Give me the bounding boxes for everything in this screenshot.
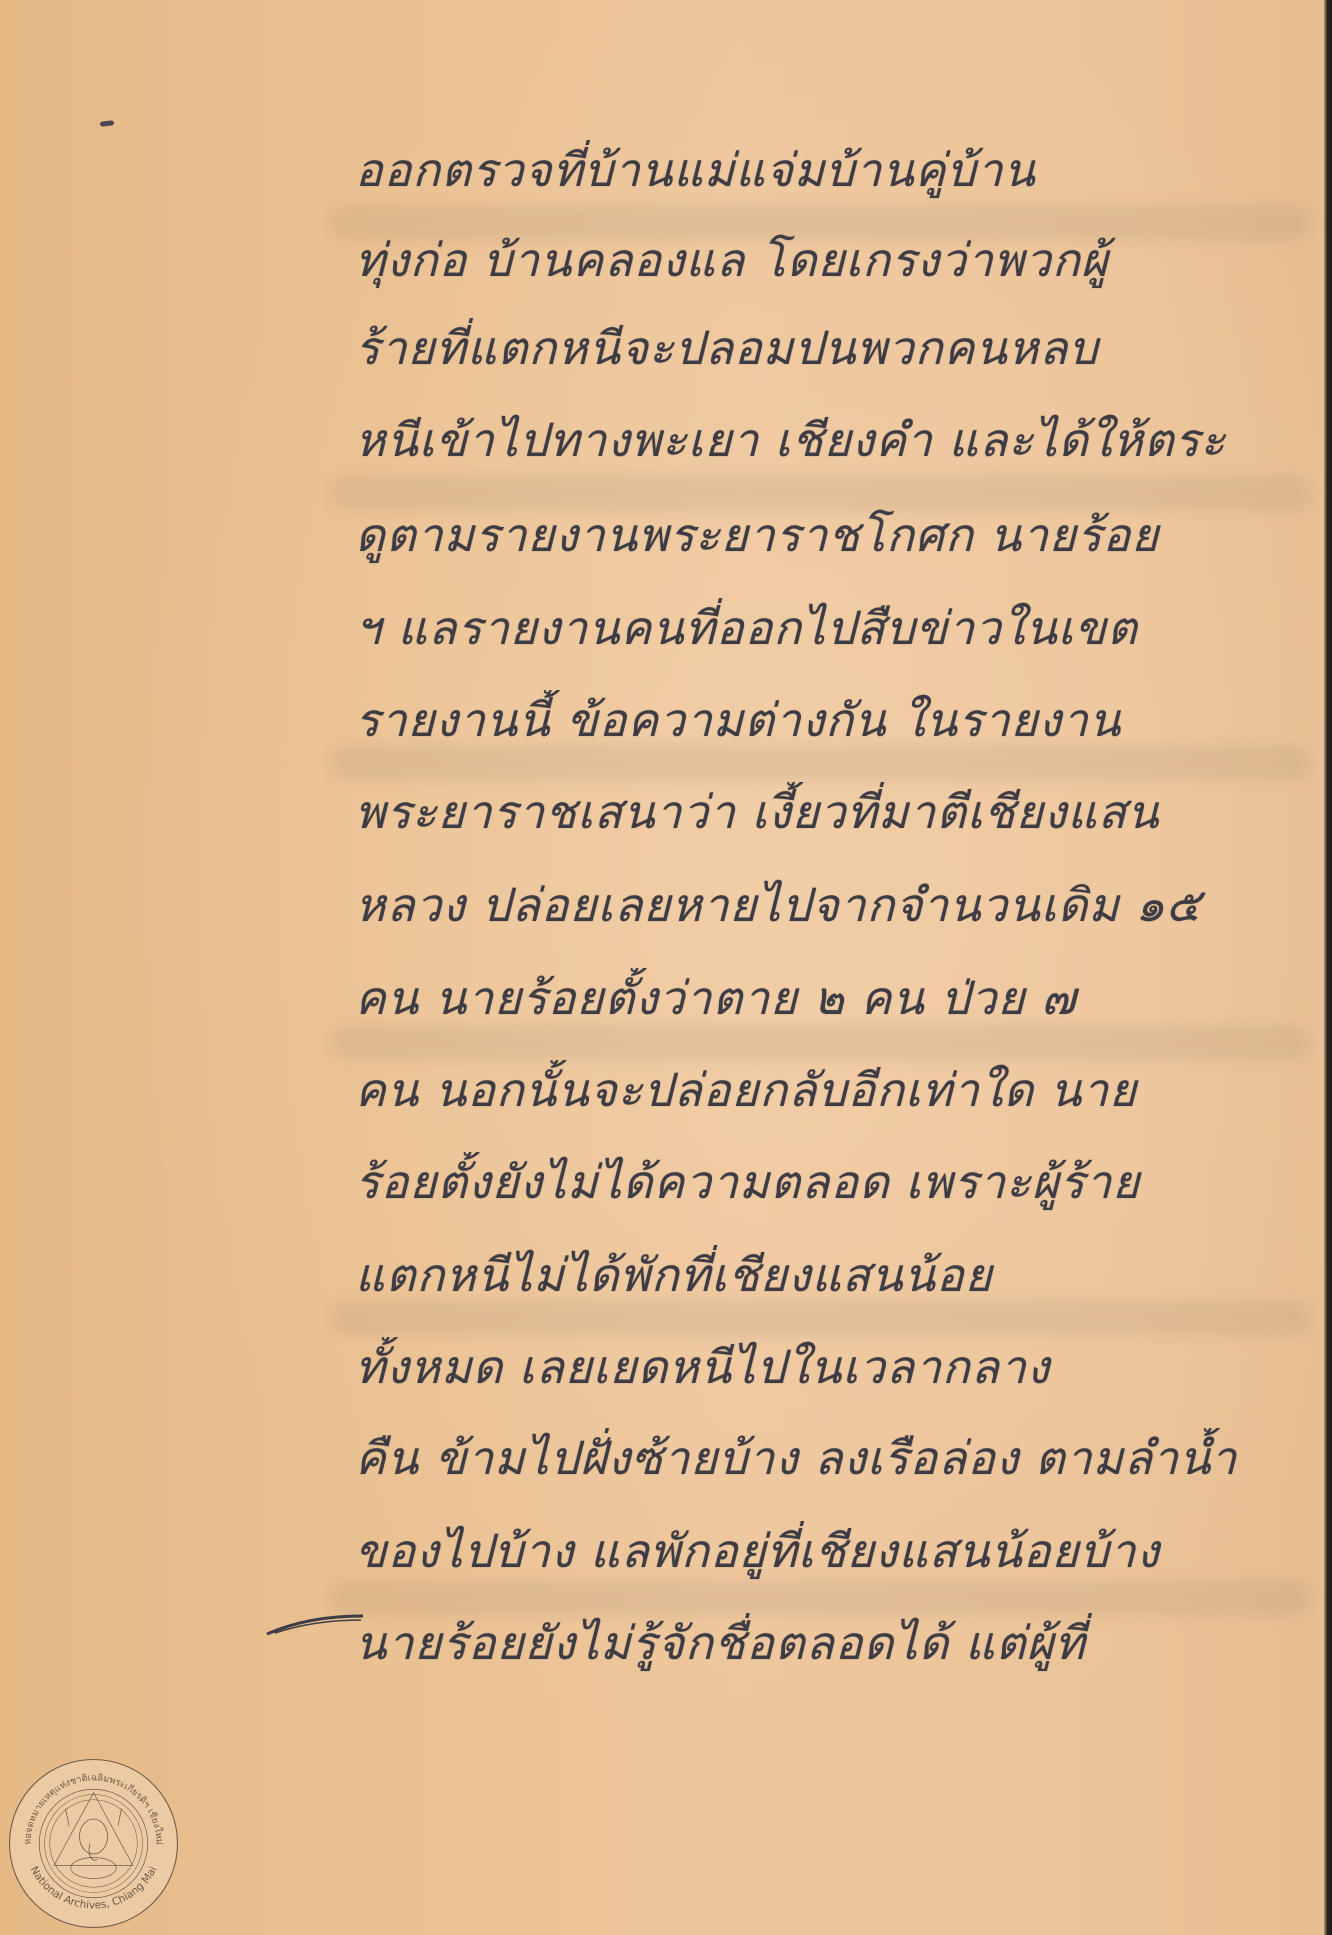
pen-flourish-icon: [265, 1612, 365, 1636]
handwritten-line: คน นายร้อยตั้งว่าตาย ๒ คน ป่วย ๗: [355, 968, 1315, 1028]
ganesha-icon: หอจดหมายเหตุแห่งชาติเฉลิมพระเกียรติฯ เชี…: [6, 1756, 181, 1931]
handwritten-line: ดูตามรายงานพระยาราชโกศก นายร้อย: [355, 505, 1315, 565]
handwritten-line: แตกหนีไม่ได้พักที่เชียงแสนน้อย: [355, 1245, 1315, 1305]
margin-dash-mark: [100, 120, 114, 126]
bleed-through: [330, 745, 1310, 781]
handwritten-line: คน นอกนั้นจะปล่อยกลับอีกเท่าใด นาย: [355, 1060, 1315, 1120]
handwritten-line: ของไปบ้าง แลพักอยู่ที่เชียงแสนน้อยบ้าง: [355, 1521, 1315, 1581]
handwritten-line: ทุ่งก่อ บ้านคลองแล โดยเกรงว่าพวกผู้: [355, 230, 1315, 290]
handwritten-line: หลวง ปล่อยเลยหายไปจากจำนวนเดิม ๑๕: [355, 875, 1315, 935]
handwritten-line: หนีเข้าไปทางพะเยา เชียงคำ และได้ให้ตระ: [355, 410, 1315, 470]
archive-stamp: หอจดหมายเหตุแห่งชาติเฉลิมพระเกียรติฯ เชี…: [6, 1756, 181, 1931]
handwritten-line: รายงานนี้ ข้อความต่างกัน ในรายงาน: [355, 690, 1315, 750]
bleed-through: [330, 1300, 1310, 1336]
bleed-through: [330, 1580, 1310, 1616]
handwritten-line: ร้อยตั้งยังไม่ได้ความตลอด เพราะผู้ร้าย: [355, 1152, 1315, 1212]
handwritten-line: คืน ข้ามไปฝั่งซ้ายบ้าง ลงเรือล่อง ตามลำน…: [355, 1428, 1315, 1488]
handwritten-line: ออกตรวจที่บ้านแม่แจ่มบ้านคู่บ้าน: [355, 140, 1315, 200]
bleed-through: [330, 1025, 1310, 1061]
page-edge-shadow: [1324, 0, 1332, 1935]
handwritten-line: ร้ายที่แตกหนีจะปลอมปนพวกคนหลบ: [355, 318, 1315, 378]
handwritten-line: ฯ แลรายงานคนที่ออกไปสืบข่าวในเขต: [355, 598, 1315, 658]
handwritten-line: ทั้งหมด เลยเยดหนีไปในเวลากลาง: [355, 1337, 1315, 1397]
handwritten-line: นายร้อยยังไม่รู้จักชื่อตลอดได้ แต่ผู้ที่: [355, 1613, 1315, 1673]
handwritten-line: พระยาราชเสนาว่า เงี้ยวที่มาตีเชียงแสน: [355, 782, 1315, 842]
